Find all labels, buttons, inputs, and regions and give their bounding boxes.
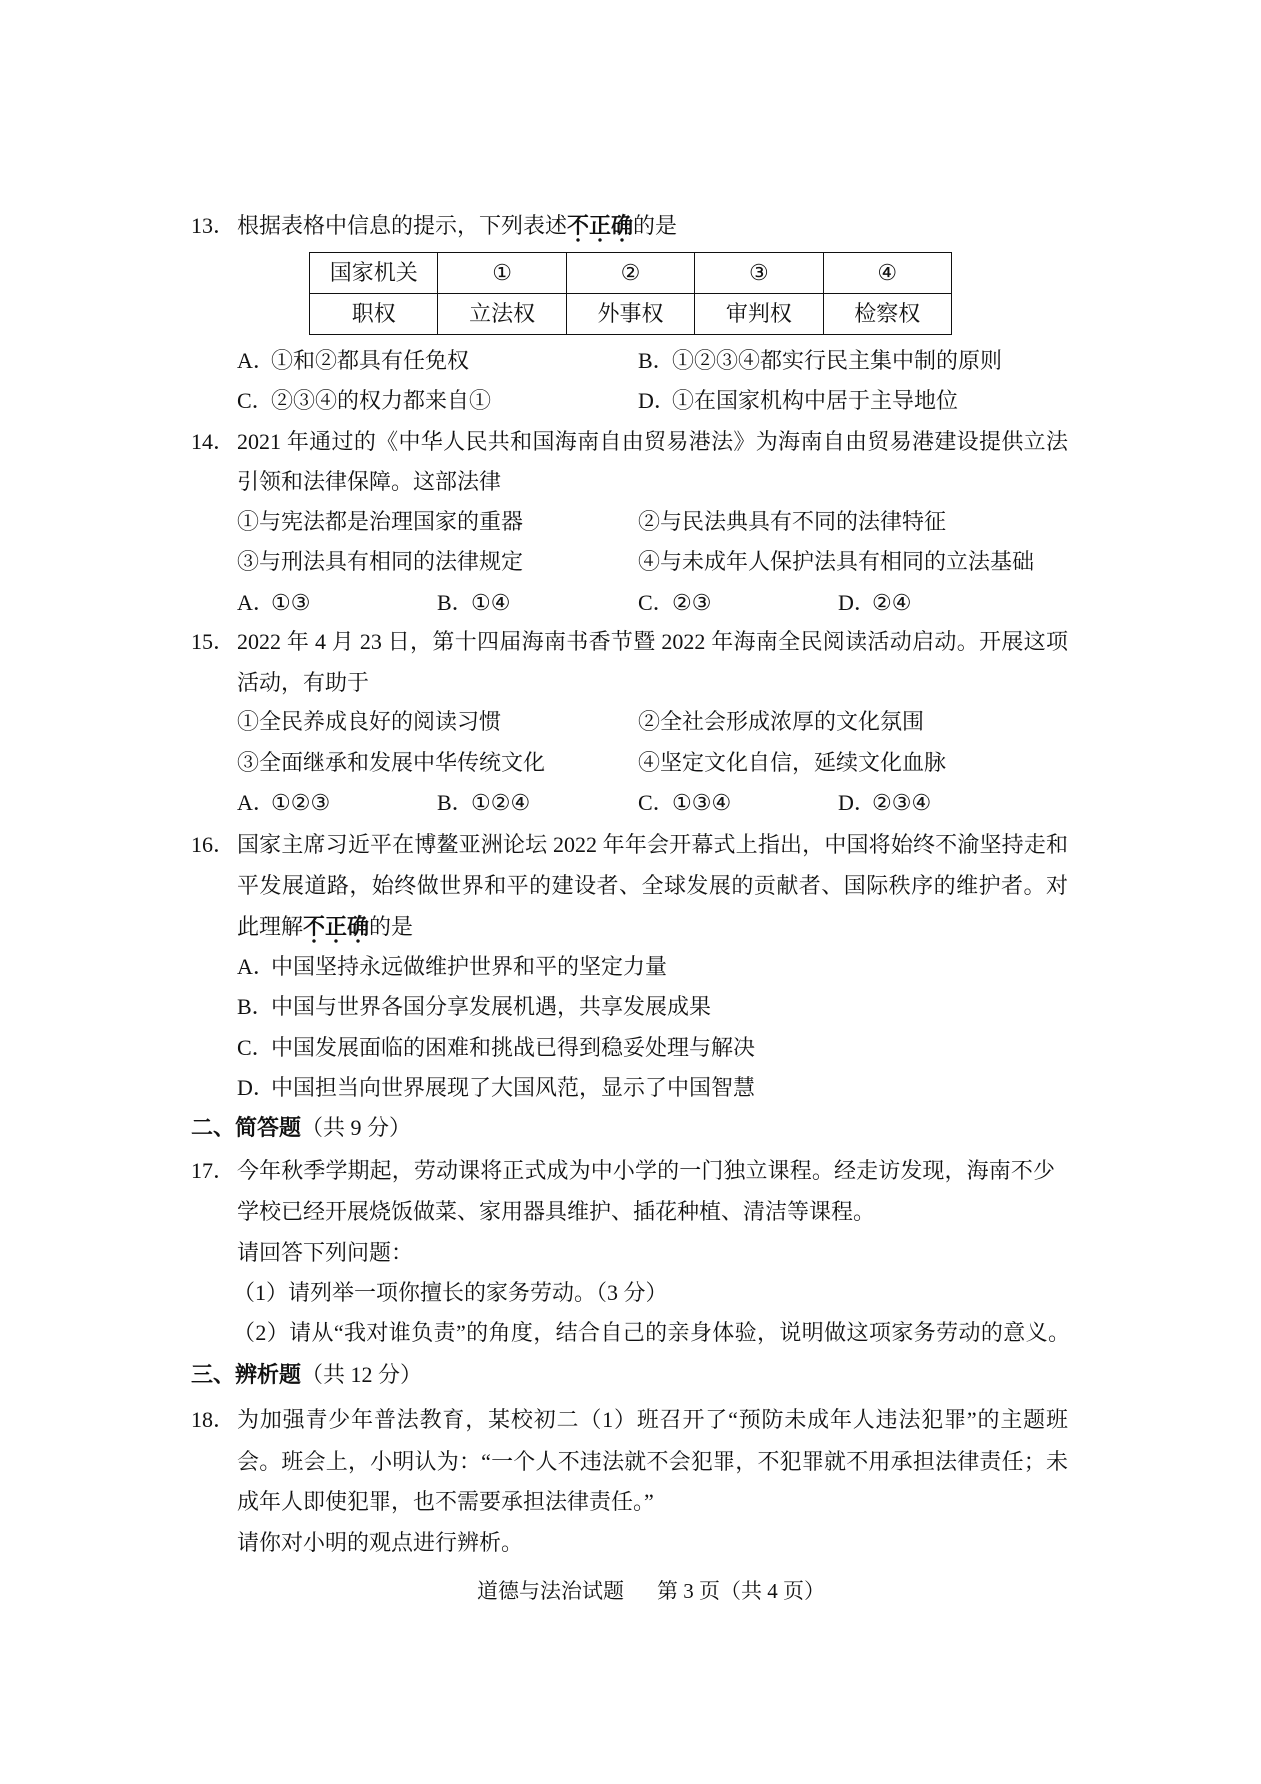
question-stem-line: 平发展道路，始终做世界和平的建设者、全球发展的贡献者、国际秩序的维护者。对	[237, 866, 1068, 906]
question-number: 13．	[191, 206, 235, 246]
option-text: 中国坚持永远做维护世界和平的坚定力量	[271, 954, 667, 979]
option-text: ②④	[872, 590, 911, 615]
option-a: A．①③	[237, 583, 310, 623]
question-prompt: 请回答下列问题：	[237, 1233, 413, 1273]
option-b: B．①②④	[437, 783, 530, 823]
statements-row: ①全民养成良好的阅读习惯 ②全社会形成浓厚的文化氛围	[237, 702, 1068, 742]
table-cell: 审判权	[695, 294, 823, 335]
option-label: B．	[437, 583, 471, 623]
footer-page-info: 第 3 页（共 4 页）	[657, 1571, 825, 1611]
option-text: ①④	[471, 590, 510, 615]
table-cell: ④	[823, 253, 951, 294]
option-a: A．①和②都具有任免权	[237, 341, 469, 381]
option-text: ②③④	[872, 790, 931, 815]
question-stem-line: 此理解不正确的是	[237, 907, 413, 947]
option-a: A．①②③	[237, 783, 330, 823]
option-text: 中国与世界各国分享发展机遇，共享发展成果	[271, 994, 711, 1019]
option-label: D．	[838, 583, 872, 623]
option-text: ①②③	[271, 790, 330, 815]
option-label: D．	[838, 783, 872, 823]
section-score: （共 12 分）	[301, 1362, 422, 1387]
option-label: B．	[437, 783, 471, 823]
statement-1: ①与宪法都是治理国家的重器	[237, 502, 523, 542]
option-b: B．中国与世界各国分享发展机遇，共享发展成果	[237, 987, 711, 1027]
state-organs-table: 国家机关 ① ② ③ ④ 职权 立法权 外事权 审判权 检察权	[309, 252, 952, 335]
table-cell: 外事权	[566, 294, 694, 335]
option-text: ①③④	[672, 790, 731, 815]
question-number: 18．	[191, 1400, 235, 1440]
statement-4: ④坚定文化自信，延续文化血脉	[638, 743, 946, 783]
option-text: ②③	[672, 590, 711, 615]
option-text: ①③	[271, 590, 310, 615]
section-title: 二、简答题	[191, 1116, 301, 1141]
stem-text: 的是	[633, 213, 677, 238]
statement-3: ③全面继承和发展中华传统文化	[237, 743, 545, 783]
option-d: D．②④	[838, 583, 911, 623]
question-stem: 根据表格中信息的提示，下列表述不正确的是	[237, 206, 677, 246]
question-stem-line: 引领和法律保障。这部法律	[237, 462, 501, 502]
option-label: A．	[237, 583, 271, 623]
option-text: 中国发展面临的困难和挑战已得到稳妥处理与解决	[271, 1035, 755, 1060]
question-stem-line: 会。班会上，小明认为：“一个人不违法就不会犯罪，不犯罪就不用承担法律责任；未	[237, 1442, 1068, 1482]
option-c: C．②③	[638, 583, 711, 623]
option-label: C．	[638, 583, 672, 623]
question-stem-line: 2021 年通过的《中华人民共和国海南自由贸易港法》为海南自由贸易港建设提供立法	[237, 422, 1068, 462]
question-stem-line: 成年人即使犯罪，也不需要承担法律责任。”	[237, 1482, 654, 1522]
statements-row: ③与刑法具有相同的法律规定 ④与未成年人保护法具有相同的立法基础	[237, 542, 1068, 582]
statements-row: ①与宪法都是治理国家的重器 ②与民法典具有不同的法律特征	[237, 502, 1068, 542]
question-number: 15．	[191, 622, 235, 662]
question-stem-line: 2022 年 4 月 23 日，第十四届海南书香节暨 2022 年海南全民阅读活…	[237, 622, 1068, 662]
table-cell: 立法权	[438, 294, 566, 335]
table-cell: 职权	[310, 294, 438, 335]
question-number: 14．	[191, 422, 235, 462]
subquestion-2: （2）请从“我对谁负责”的角度，结合自己的亲身体验，说明做这项家务劳动的意义。（…	[233, 1313, 1070, 1353]
option-label: C．	[638, 783, 672, 823]
subquestion-1: （1）请列举一项你擅长的家务劳动。（3 分）	[233, 1273, 668, 1313]
options-row: A．①②③ B．①②④ C．①③④ D．②③④	[237, 783, 1068, 823]
option-d: D．①在国家机构中居于主导地位	[638, 381, 958, 421]
options-row: C．②③④的权力都来自① D．①在国家机构中居于主导地位	[237, 381, 1068, 421]
option-text: ①②④	[471, 790, 530, 815]
options-row: A．①③ B．①④ C．②③ D．②④	[237, 583, 1068, 623]
statement-2: ②全社会形成浓厚的文化氛围	[638, 702, 924, 742]
stem-text: 此理解	[237, 914, 303, 939]
statement-3: ③与刑法具有相同的法律规定	[237, 542, 523, 582]
option-label: A．	[237, 341, 271, 381]
options-row: A．①和②都具有任免权 B．①②③④都实行民主集中制的原则	[237, 341, 1068, 381]
option-b: B．①②③④都实行民主集中制的原则	[638, 341, 1002, 381]
option-c: C．②③④的权力都来自①	[237, 381, 491, 421]
table-cell: 检察权	[823, 294, 951, 335]
question-number: 16．	[191, 825, 235, 865]
option-label: D．	[237, 1068, 271, 1108]
question-stem-line: 为加强青少年普法教育，某校初二（1）班召开了“预防未成年人违法犯罪”的主题班	[237, 1400, 1068, 1440]
option-label: C．	[237, 381, 271, 421]
option-text: ②③④的权力都来自①	[271, 388, 491, 413]
question-stem-line: 学校已经开展烧饭做菜、家用器具维护、插花种植、清洁等课程。	[237, 1192, 875, 1232]
question-prompt: 请你对小明的观点进行辨析。	[237, 1523, 523, 1563]
section-title: 三、辨析题	[191, 1363, 301, 1388]
option-b: B．①④	[437, 583, 510, 623]
option-label: B．	[638, 341, 672, 381]
option-text: 中国担当向世界展现了大国风范，显示了中国智慧	[271, 1075, 755, 1100]
option-text: ①②③④都实行民主集中制的原则	[672, 348, 1002, 373]
option-c: C．①③④	[638, 783, 731, 823]
statement-2: ②与民法典具有不同的法律特征	[638, 502, 946, 542]
option-text: ①在国家机构中居于主导地位	[672, 388, 958, 413]
option-label: B．	[237, 987, 271, 1027]
option-label: A．	[237, 947, 271, 987]
question-number: 17．	[191, 1151, 235, 1191]
table-row: 职权 立法权 外事权 审判权 检察权	[310, 294, 952, 335]
stem-text: 的是	[369, 914, 413, 939]
option-c: C．中国发展面临的困难和挑战已得到稳妥处理与解决	[237, 1028, 755, 1068]
section-heading-short-answer: 二、简答题（共 9 分）	[191, 1108, 411, 1148]
table-cell: ③	[695, 253, 823, 294]
table-cell: ①	[438, 253, 566, 294]
table-cell: ②	[566, 253, 694, 294]
statement-4: ④与未成年人保护法具有相同的立法基础	[638, 542, 1034, 582]
option-label: A．	[237, 783, 271, 823]
question-stem-line: 国家主席习近平在博鳌亚洲论坛 2022 年年会开幕式上指出，中国将始终不渝坚持走…	[237, 825, 1068, 865]
table-row: 国家机关 ① ② ③ ④	[310, 253, 952, 294]
option-text: ①和②都具有任免权	[271, 348, 469, 373]
option-label: D．	[638, 381, 672, 421]
option-d: D．②③④	[838, 783, 931, 823]
question-stem-line: 今年秋季学期起，劳动课将正式成为中小学的一门独立课程。经走访发现，海南不少	[237, 1151, 1055, 1191]
table-cell: 国家机关	[310, 253, 438, 294]
question-stem-line: 活动，有助于	[237, 663, 369, 703]
statement-1: ①全民养成良好的阅读习惯	[237, 702, 501, 742]
section-score: （共 9 分）	[301, 1115, 411, 1140]
option-label: C．	[237, 1028, 271, 1068]
option-d: D．中国担当向世界展现了大国风范，显示了中国智慧	[237, 1068, 755, 1108]
emphasized-text: 不正确	[567, 213, 633, 243]
option-a: A．中国坚持永远做维护世界和平的坚定力量	[237, 947, 667, 987]
statements-row: ③全面继承和发展中华传统文化 ④坚定文化自信，延续文化血脉	[237, 743, 1068, 783]
footer-subject: 道德与法治试题	[477, 1571, 624, 1611]
section-heading-analysis: 三、辨析题（共 12 分）	[191, 1355, 422, 1395]
stem-text: 根据表格中信息的提示，下列表述	[237, 213, 567, 238]
emphasized-text: 不正确	[303, 914, 369, 944]
